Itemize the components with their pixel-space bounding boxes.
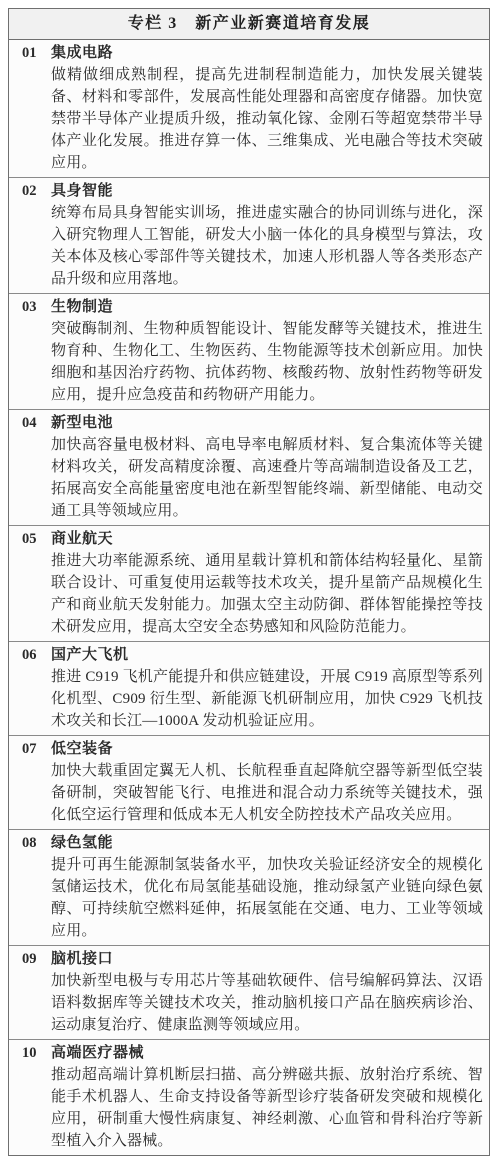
section-body: 统筹布局具身智能实训场，推进虚实融合的协同训练与进化，深入研究物理人工智能，研发… <box>51 202 483 290</box>
section-row-05: 05 商业航天 推进大功率能源系统、通用星载计算机和箭体结构轻量化、星箭联合设计… <box>9 525 489 641</box>
section-body: 加快大载重固定翼无人机、长航程垂直起降航空器等新型低空装备研制，突破智能飞行、电… <box>51 760 483 826</box>
section-number: 08 <box>9 832 51 942</box>
section-number: 01 <box>9 42 51 174</box>
section-content: 新型电池 加快高容量电极材料、高电导率电解质材料、复合集流体等关键材料攻关，研发… <box>51 412 483 522</box>
section-number: 06 <box>9 644 51 732</box>
section-heading: 脑机接口 <box>51 948 483 970</box>
section-body: 提升可再生能源制氢装备水平，加快攻关验证经济安全的规模化氢储运技术，优化布局氢能… <box>51 854 483 942</box>
section-heading: 低空装备 <box>51 738 483 760</box>
section-heading: 商业航天 <box>51 528 483 550</box>
section-row-06: 06 国产大飞机 推进 C919 飞机产能提升和供应链建设，开展 C919 高原… <box>9 641 489 735</box>
section-number: 07 <box>9 738 51 826</box>
section-number: 03 <box>9 296 51 406</box>
section-number: 05 <box>9 528 51 638</box>
section-heading: 国产大飞机 <box>51 644 483 666</box>
section-number: 09 <box>9 948 51 1022</box>
section-heading: 生物制造 <box>51 296 483 318</box>
section-content: 脑机接口 加快新型电极与专用芯片等基础软硬件、信号编解码算法、汉语语料数据库等关… <box>51 948 483 1022</box>
section-content: 集成电路 做精做细成熟制程，提高先进制程制造能力，加快发展关键装备、材料和零部件… <box>51 42 483 174</box>
section-heading: 具身智能 <box>51 180 483 202</box>
section-heading: 新型电池 <box>51 412 483 434</box>
section-number: 04 <box>9 412 51 522</box>
section-row-02: 02 具身智能 统筹布局具身智能实训场，推进虚实融合的协同训练与进化，深入研究物… <box>9 177 489 293</box>
section-content: 国产大飞机 推进 C919 飞机产能提升和供应链建设，开展 C919 高原型等系… <box>51 644 483 732</box>
section-body: 加快新型电极与专用芯片等基础软硬件、信号编解码算法、汉语语料数据库等关键技术攻关… <box>51 970 483 1022</box>
section-row-03: 03 生物制造 突破酶制剂、生物种质智能设计、智能发酵等关键技术，推进生物育种、… <box>9 293 489 409</box>
section-number: 02 <box>9 180 51 290</box>
column-box: 专栏 3 新产业新赛道培育发展 01 集成电路 做精做细成熟制程，提高先进制程制… <box>8 8 490 1022</box>
box-title: 专栏 3 新产业新赛道培育发展 <box>9 9 489 40</box>
section-row-07: 07 低空装备 加快大载重固定翼无人机、长航程垂直起降航空器等新型低空装备研制，… <box>9 735 489 829</box>
section-content: 低空装备 加快大载重固定翼无人机、长航程垂直起降航空器等新型低空装备研制，突破智… <box>51 738 483 826</box>
section-body: 推进 C919 飞机产能提升和供应链建设，开展 C919 高原型等系列化机型、C… <box>51 666 483 732</box>
section-content: 具身智能 统筹布局具身智能实训场，推进虚实融合的协同训练与进化，深入研究物理人工… <box>51 180 483 290</box>
section-row-08: 08 绿色氢能 提升可再生能源制氢装备水平，加快攻关验证经济安全的规模化氢储运技… <box>9 829 489 945</box>
section-body: 做精做细成熟制程，提高先进制程制造能力，加快发展关键装备、材料和零部件，发展高性… <box>51 64 483 174</box>
section-content: 商业航天 推进大功率能源系统、通用星载计算机和箭体结构轻量化、星箭联合设计、可重… <box>51 528 483 638</box>
section-row-01: 01 集成电路 做精做细成熟制程，提高先进制程制造能力，加快发展关键装备、材料和… <box>9 40 489 177</box>
section-row-04: 04 新型电池 加快高容量电极材料、高电导率电解质材料、复合集流体等关键材料攻关… <box>9 409 489 525</box>
section-body: 突破酶制剂、生物种质智能设计、智能发酵等关键技术，推进生物育种、生物化工、生物医… <box>51 318 483 406</box>
section-content: 绿色氢能 提升可再生能源制氢装备水平，加快攻关验证经济安全的规模化氢储运技术，优… <box>51 832 483 942</box>
section-heading: 集成电路 <box>51 42 483 64</box>
section-heading: 绿色氢能 <box>51 832 483 854</box>
section-content: 生物制造 突破酶制剂、生物种质智能设计、智能发酵等关键技术，推进生物育种、生物化… <box>51 296 483 406</box>
section-body: 推进大功率能源系统、通用星载计算机和箭体结构轻量化、星箭联合设计、可重复使用运载… <box>51 550 483 638</box>
section-row-09: 09 脑机接口 加快新型电极与专用芯片等基础软硬件、信号编解码算法、汉语语料数据… <box>9 945 489 1022</box>
section-body: 加快高容量电极材料、高电导率电解质材料、复合集流体等关键材料攻关，研发高精度涂覆… <box>51 434 483 522</box>
